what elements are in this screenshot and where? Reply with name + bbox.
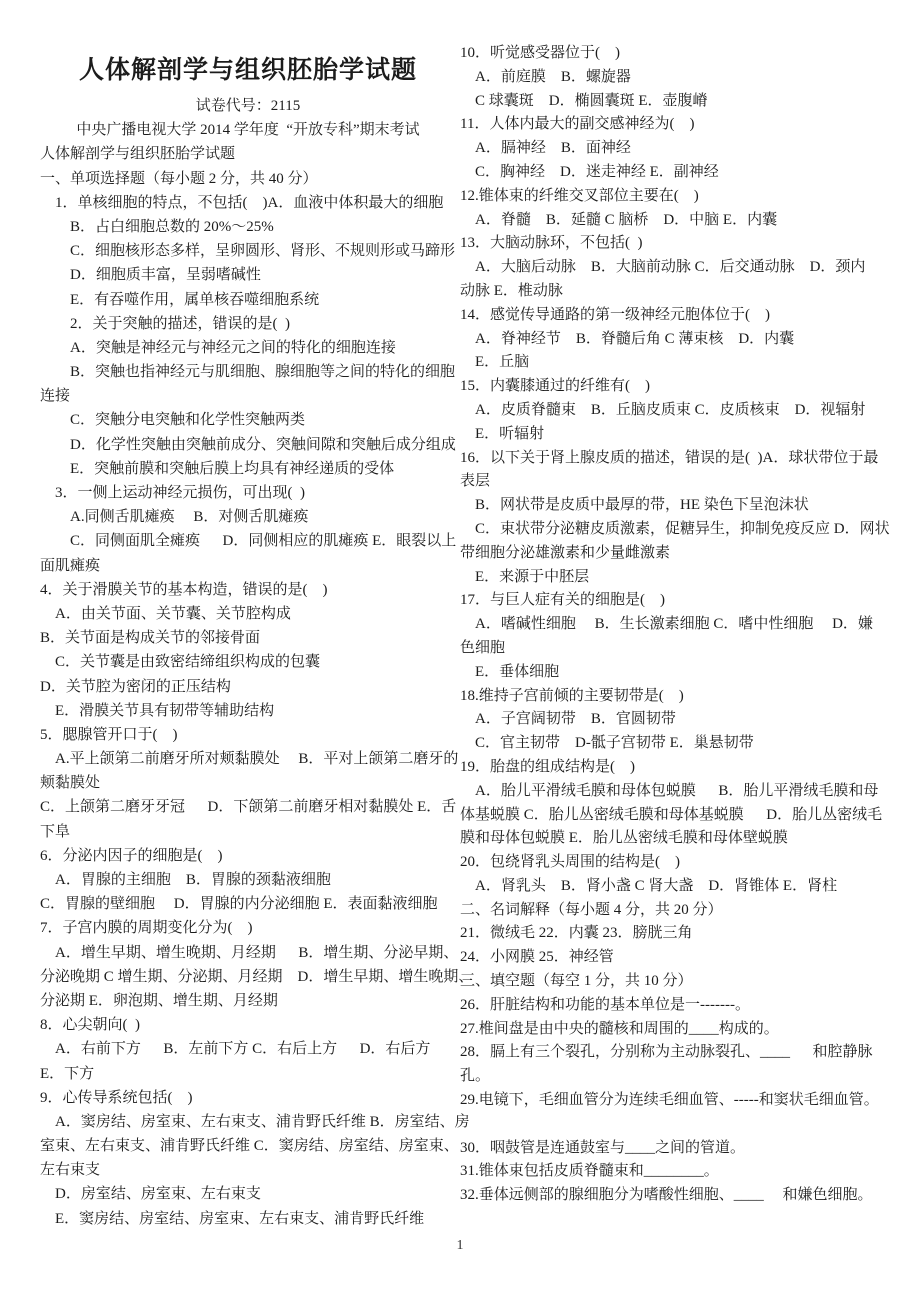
text-line: 10．听觉感受器位于( ) (460, 42, 892, 66)
page-number: 1 (0, 1238, 920, 1254)
text-line: 颊黏膜处 (40, 771, 456, 795)
text-line: 分泌期 E．卵泡期、增生期、月经期 (40, 989, 456, 1013)
text-line: A．胎儿平滑绒毛膜和母体包蜕膜 B．胎儿平滑绒毛膜和母 (460, 780, 892, 804)
text-line: 动脉 E．椎动脉 (460, 280, 892, 304)
left-column: 试卷代号：2115 中央广播电视大学 2014 学年度 “开放专科”期末考试 人… (40, 94, 456, 1231)
text-line: 7．子宫内膜的周期变化分为( ) (40, 916, 456, 940)
text-line: A．膈神经 B．面神经 (460, 137, 892, 161)
text-line: 14．感觉传导通路的第一级神经元胞体位于( ) (460, 304, 892, 328)
text-line: E．滑膜关节具有韧带等辅助结构 (40, 699, 456, 723)
text-line: 分泌晚期 C 增生期、分泌期、月经期 D．增生早期、增生晚期、 (40, 965, 456, 989)
text-line: D．细胞质丰富，呈弱嗜碱性 (40, 263, 456, 287)
text-line: 19．胎盘的组成结构是( ) (460, 756, 892, 780)
text-line: B．突触也指神经元与肌细胞、腺细胞等之间的特化的细胞 (40, 360, 456, 384)
text-line: 21．微绒毛 22．内囊 23．膀胱三角 (460, 922, 892, 946)
text-line: A．脊髓 B．延髓 C 脑桥 D．中脑 E．内囊 (460, 209, 892, 233)
text-line: 带细胞分泌雄激素和少量雌激素 (460, 542, 892, 566)
left-column-lines: 一、单项选择题（每小题 2 分，共 40 分） 1．单核细胞的特点，不包括( )… (40, 167, 456, 1231)
text-line: 12.锥体束的纤维交叉部位主要在( ) (460, 185, 892, 209)
text-line: 表层 (460, 470, 892, 494)
text-line: C．官主韧带 D-骶子宫韧带 E．巢悬韧带 (460, 732, 892, 756)
text-line: A.平上颌第二前磨牙所对颊黏膜处 B．平对上颌第二磨牙的 (40, 747, 456, 771)
text-line: 31.锥体束包括皮质脊髓束和________。 (460, 1160, 892, 1184)
text-line: 6．分泌内因子的细胞是( ) (40, 844, 456, 868)
text-line: 20．包绕肾乳头周围的结构是( ) (460, 851, 892, 875)
text-line: A．子宫阔韧带 B．官圆韧带 (460, 708, 892, 732)
text-line: E．下方 (40, 1062, 456, 1086)
text-line: C 球囊斑 D．椭圆囊斑 E．壶腹嵴 (460, 90, 892, 114)
text-line: 28．膈上有三个裂孔，分别称为主动脉裂孔、____ 和腔静脉 (460, 1041, 892, 1065)
text-line: A．增生早期、增生晚期、月经期 B．增生期、分泌早期、 (40, 941, 456, 965)
text-line: 4．关于滑膜关节的基本构造，错误的是( ) (40, 578, 456, 602)
text-line (460, 1113, 892, 1137)
subject-line: 人体解剖学与组织胚胎学试题 (40, 142, 456, 166)
text-line: 二、名词解释（每小题 4 分，共 20 分） (460, 899, 892, 923)
text-line: 色细胞 (460, 637, 892, 661)
text-line: 室束、左右束支、浦肯野氏纤维 C．窦房结、房室结、房室束、 (40, 1134, 456, 1158)
text-line: A．前庭膜 B．螺旋器 (460, 66, 892, 90)
text-line: E．丘脑 (460, 351, 892, 375)
text-line: E．有吞噬作用，属单核吞噬细胞系统 (40, 288, 456, 312)
text-line: D．化学性突触由突触前成分、突触间隙和突触后成分组成 (40, 433, 456, 457)
text-line: A．脊神经节 B．脊髓后角 C 薄束核 D．内囊 (460, 328, 892, 352)
text-line: 1．单核细胞的特点，不包括( )A．血液中体积最大的细胞 (40, 191, 456, 215)
text-line: 30．咽鼓管是连通鼓室与____之间的管道。 (460, 1137, 892, 1161)
text-line: 孔。 (460, 1065, 892, 1089)
text-line: E．窦房结、房室结、房室束、左右束支、浦肯野氏纤维 (40, 1207, 456, 1231)
text-line: 24．小网膜 25．神经管 (460, 946, 892, 970)
text-line: B．关节面是构成关节的邻接骨面 (40, 626, 456, 650)
text-line: 膜和母体包蜕膜 E．胎儿丛密绒毛膜和母体壁蜕膜 (460, 827, 892, 851)
text-line: C．突触分电突触和化学性突触两类 (40, 408, 456, 432)
text-line: B．网状带是皮质中最厚的带，HE 染色下呈泡沫状 (460, 494, 892, 518)
text-line: A．突触是神经元与神经元之间的特化的细胞连接 (40, 336, 456, 360)
right-column: 10．听觉感受器位于( ) A．前庭膜 B．螺旋器 C 球囊斑 D．椭圆囊斑 E… (460, 42, 892, 1208)
text-line: 体基蜕膜 C．胎儿丛密绒毛膜和母体基蜕膜 D．胎儿丛密绒毛 (460, 804, 892, 828)
text-line: 9．心传导系统包括( ) (40, 1086, 456, 1110)
text-line: 三、填空题（每空 1 分，共 10 分） (460, 970, 892, 994)
text-line: C．关节囊是由致密结缔组织构成的包囊 (40, 650, 456, 674)
text-line: A．胃腺的主细胞 B．胃腺的颈黏液细胞 (40, 868, 456, 892)
text-line: C．束状带分泌糖皮质激素，促糖异生，抑制免疫反应 D．网状 (460, 518, 892, 542)
text-line: C．上颌第二磨牙牙冠 D．下颌第二前磨牙相对黏膜处 E．舌 (40, 795, 456, 819)
text-line: C．同侧面肌全瘫痪 D．同侧相应的肌瘫痪 E．眼裂以上 (40, 529, 456, 553)
text-line: C．胃腺的壁细胞 D．胃腺的内分泌细胞 E．表面黏液细胞 (40, 892, 456, 916)
text-line: 下阜 (40, 820, 456, 844)
text-line: 18.维持子宫前倾的主要韧带是( ) (460, 685, 892, 709)
text-line: 17．与巨人症有关的细胞是( ) (460, 589, 892, 613)
text-line: 26．肝脏结构和功能的基本单位是一-------。 (460, 994, 892, 1018)
document-title: 人体解剖学与组织胚胎学试题 (40, 50, 456, 86)
text-line: 连接 (40, 384, 456, 408)
right-column-lines: 10．听觉感受器位于( ) A．前庭膜 B．螺旋器 C 球囊斑 D．椭圆囊斑 E… (460, 42, 892, 1208)
text-line: 2．关于突触的描述，错误的是( ) (40, 312, 456, 336)
paper-code: 试卷代号：2115 (40, 94, 456, 118)
text-line: 8．心尖朝向( ) (40, 1013, 456, 1037)
text-line: 面肌瘫痪 (40, 554, 456, 578)
text-line: 3．一侧上运动神经元损伤，可出现( ) (40, 481, 456, 505)
text-line: E．突触前膜和突触后膜上均具有神经递质的受体 (40, 457, 456, 481)
text-line: A．窦房结、房室束、左右束支、浦肯野氏纤维 B．房室结、房 (40, 1110, 456, 1134)
text-line: A．大脑后动脉 B．大脑前动脉 C．后交通动脉 D．颈内 (460, 256, 892, 280)
text-line: 一、单项选择题（每小题 2 分，共 40 分） (40, 167, 456, 191)
text-line: A．由关节面、关节囊、关节腔构成 (40, 602, 456, 626)
text-line: D．房室结、房室束、左右束支 (40, 1182, 456, 1206)
text-line: A．肾乳头 B．肾小盏 C 肾大盏 D．肾锥体 E．肾柱 (460, 875, 892, 899)
text-line: 27.椎间盘是由中央的髓核和周围的____构成的。 (460, 1018, 892, 1042)
text-line: E．来源于中胚层 (460, 566, 892, 590)
text-line: 5．腮腺管开口于( ) (40, 723, 456, 747)
exam-page: 人体解剖学与组织胚胎学试题 试卷代号：2115 中央广播电视大学 2014 学年… (0, 0, 920, 1302)
text-line: 13．大脑动脉环，不包括( ) (460, 232, 892, 256)
text-line: B．占白细胞总数的 20%～25% (40, 215, 456, 239)
text-line: A．右前下方 B．左前下方 C．右后上方 D．右后方 (40, 1037, 456, 1061)
text-line: D．关节腔为密闭的正压结构 (40, 675, 456, 699)
text-line: 32.垂体远侧部的腺细胞分为嗜酸性细胞、____ 和嫌色细胞。 (460, 1184, 892, 1208)
text-line: C．细胞核形态多样，呈卵圆形、肾形、不规则形或马蹄形 (40, 239, 456, 263)
institution-line: 中央广播电视大学 2014 学年度 “开放专科”期末考试 (40, 118, 456, 142)
text-line: 11．人体内最大的副交感神经为( ) (460, 113, 892, 137)
text-line: C．胸神经 D．迷走神经 E．副神经 (460, 161, 892, 185)
text-line: 左右束支 (40, 1158, 456, 1182)
text-line: 29.电镜下，毛细血管分为连续毛细血管、-----和窦状毛细血管。 (460, 1089, 892, 1113)
text-line: E．听辐射 (460, 423, 892, 447)
text-line: 15．内囊膝通过的纤维有( ) (460, 375, 892, 399)
text-line: E．垂体细胞 (460, 661, 892, 685)
text-line: A．皮质脊髓束 B．丘脑皮质束 C．皮质核束 D．视辐射 (460, 399, 892, 423)
text-line: A.同侧舌肌瘫痪 B．对侧舌肌瘫痪 (40, 505, 456, 529)
text-line: A．嗜碱性细胞 B．生长激素细胞 C．嗜中性细胞 D．嫌 (460, 613, 892, 637)
text-line: 16．以下关于肾上腺皮质的描述，错误的是( )A．球状带位于最 (460, 447, 892, 471)
